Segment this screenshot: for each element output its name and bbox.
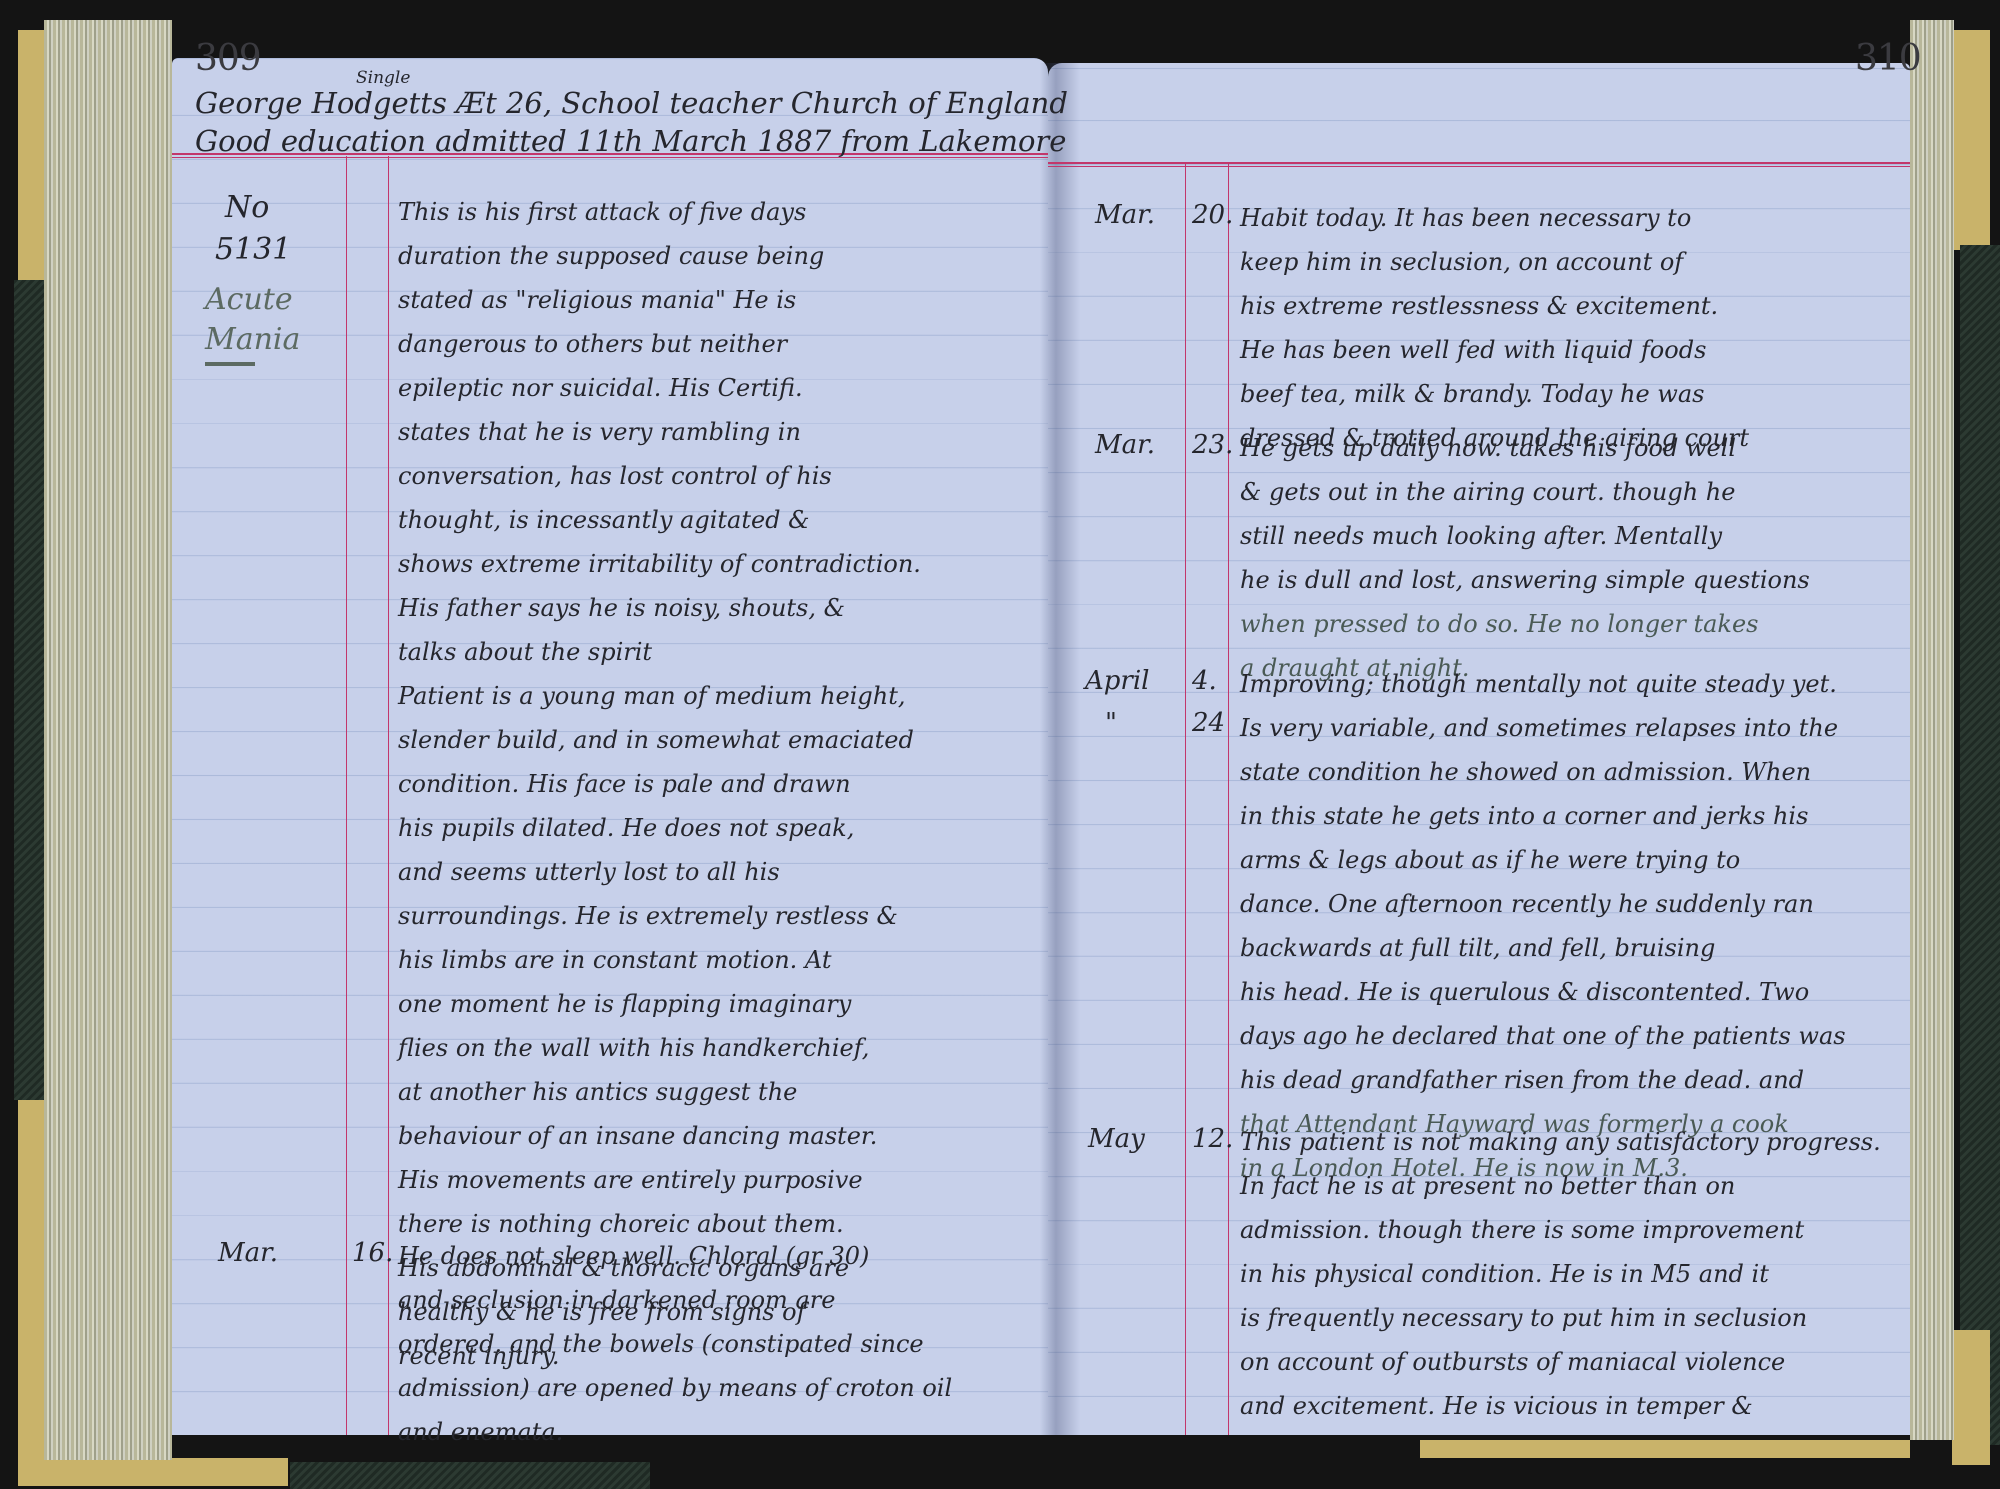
- entry-line: state condition he showed on admission. …: [1240, 750, 1900, 794]
- entry-line: in this state he gets into a corner and …: [1240, 794, 1900, 838]
- progress-entry: He does not sleep well. Chloral (gr 30) …: [398, 1234, 1038, 1454]
- note-line: states that he is very rambling in: [398, 410, 1038, 454]
- entry-line: In fact he is at present no better than …: [1240, 1164, 1900, 1208]
- note-line: slender build, and in somewhat emaciated: [398, 718, 1038, 762]
- note-line: talks about the spirit: [398, 630, 1038, 674]
- entry-line: admission) are opened by means of croton…: [398, 1366, 1038, 1410]
- book-cloth-bottom: [290, 1462, 650, 1489]
- entry-day: 16.: [352, 1238, 393, 1268]
- entry-line: backwards at full tilt, and fell, bruisi…: [1240, 926, 1900, 970]
- entry-day: 20.: [1192, 200, 1233, 230]
- note-line: and seems utterly lost to all his: [398, 850, 1038, 894]
- entry-month: Mar.: [1095, 200, 1155, 230]
- progress-entry: This patient is not making any satisfact…: [1240, 1120, 1900, 1428]
- entry-line: Improving; though mentally not quite ste…: [1240, 662, 1900, 706]
- progress-entry: Is very variable, and sometimes relapses…: [1240, 706, 1900, 1190]
- entry-line: beef tea, milk & brandy. Today he was: [1240, 372, 1900, 416]
- book-cloth-right: [1960, 245, 2000, 1445]
- note-line: duration the supposed cause being: [398, 234, 1038, 278]
- entry-line: arms & legs about as if he were trying t…: [1240, 838, 1900, 882]
- note-line: surroundings. He is extremely restless &: [398, 894, 1038, 938]
- marital-status-annotation: Single: [356, 68, 410, 88]
- entry-line: He gets up daily now. takes his food wel…: [1240, 426, 1900, 470]
- book-cover-right-gilt: [1952, 30, 1990, 250]
- note-line: behaviour of an insane dancing master.: [398, 1114, 1038, 1158]
- entry-line: & gets out in the airing court. though h…: [1240, 470, 1900, 514]
- entry-line: admission. though there is some improvem…: [1240, 1208, 1900, 1252]
- note-line: condition. His face is pale and drawn: [398, 762, 1038, 806]
- entry-month: May: [1088, 1124, 1145, 1154]
- admission-notes: This is his first attack of five days du…: [398, 190, 1038, 1378]
- progress-entry: Habit today. It has been necessary to ke…: [1240, 196, 1900, 460]
- book-cover-bottom-gilt-right: [1420, 1440, 1910, 1458]
- note-line: one moment he is flapping imaginary: [398, 982, 1038, 1026]
- entry-line: his dead grandfather risen from the dead…: [1240, 1058, 1900, 1102]
- entry-line: Is very variable, and sometimes relapses…: [1240, 706, 1900, 750]
- left-page-number: 309: [195, 38, 261, 79]
- book-cover-bottom-gilt: [18, 1458, 288, 1486]
- entry-line: days ago he declared that one of the pat…: [1240, 1014, 1900, 1058]
- book-cloth-left: [14, 280, 44, 1100]
- progress-entry: He gets up daily now. takes his food wel…: [1240, 426, 1900, 690]
- diagnosis-line-2: Mania: [205, 322, 300, 357]
- entry-day: 12.: [1192, 1124, 1233, 1154]
- left-column-rule-1: [346, 156, 347, 1435]
- note-line: flies on the wall with his handkerchief,: [398, 1026, 1038, 1070]
- note-line: his pupils dilated. He does not speak,: [398, 806, 1038, 850]
- right-column-rule-2: [1228, 164, 1229, 1435]
- entry-line: keep him in seclusion, on account of: [1240, 240, 1900, 284]
- entry-line: his extreme restlessness & excitement.: [1240, 284, 1900, 328]
- note-line: shows extreme irritability of contradict…: [398, 542, 1038, 586]
- note-line: thought, is incessantly agitated &: [398, 498, 1038, 542]
- entry-line: his head. He is querulous & discontented…: [1240, 970, 1900, 1014]
- right-column-rule-1: [1185, 164, 1186, 1435]
- note-line: conversation, has lost control of his: [398, 454, 1038, 498]
- patient-header-line-1: George Hodgetts Æt 26, School teacher Ch…: [195, 86, 1068, 120]
- entry-month: Mar.: [1095, 430, 1155, 460]
- entry-line: on account of outbursts of maniacal viol…: [1240, 1340, 1900, 1384]
- entry-line: when pressed to do so. He no longer take…: [1240, 602, 1900, 646]
- page-stack-left: [44, 20, 172, 1460]
- diagnosis-line-1: Acute: [205, 282, 293, 317]
- entry-line: This patient is not making any satisfact…: [1240, 1120, 1900, 1164]
- entry-line: still needs much looking after. Mentally: [1240, 514, 1900, 558]
- note-line: stated as "religious mania" He is: [398, 278, 1038, 322]
- entry-line: dance. One afternoon recently he suddenl…: [1240, 882, 1900, 926]
- entry-line: ordered. and the bowels (constipated sin…: [398, 1322, 1038, 1366]
- entry-month-ditto: ": [1105, 708, 1117, 738]
- entry-day: 23.: [1192, 430, 1233, 460]
- note-line: This is his first attack of five days: [398, 190, 1038, 234]
- entry-line: and excitement. He is vicious in temper …: [1240, 1384, 1900, 1428]
- note-line: Patient is a young man of medium height,: [398, 674, 1038, 718]
- entry-day: 24: [1192, 708, 1225, 738]
- entry-line: he is dull and lost, answering simple qu…: [1240, 558, 1900, 602]
- note-line: dangerous to others but neither: [398, 322, 1038, 366]
- entry-line: is frequently necessary to put him in se…: [1240, 1296, 1900, 1340]
- note-line: His movements are entirely purposive: [398, 1158, 1038, 1202]
- entry-line: in his physical condition. He is in M5 a…: [1240, 1252, 1900, 1296]
- entry-month: April: [1085, 666, 1149, 696]
- note-line: epileptic nor suicidal. His Certifi.: [398, 366, 1038, 410]
- right-page-number: 310: [1855, 38, 1921, 79]
- diagnosis-underline: [205, 362, 255, 366]
- entry-line: and enemata.: [398, 1410, 1038, 1454]
- book-cover-right-gilt-bottom: [1952, 1330, 1990, 1465]
- header-rule-right: [1048, 162, 1910, 167]
- note-line: his limbs are in constant motion. At: [398, 938, 1038, 982]
- note-line: at another his antics suggest the: [398, 1070, 1038, 1114]
- book-gutter: [1040, 63, 1080, 1435]
- entry-line: He has been well fed with liquid foods: [1240, 328, 1900, 372]
- page-stack-right: [1910, 20, 1954, 1440]
- patient-header-line-2: Good education admitted 11th March 1887 …: [195, 124, 1066, 158]
- case-number-label: No: [225, 190, 269, 225]
- entry-day: 4.: [1192, 666, 1217, 696]
- entry-month: Mar.: [218, 1238, 278, 1268]
- entry-line: and seclusion in darkened room are: [398, 1278, 1038, 1322]
- entry-line: Habit today. It has been necessary to: [1240, 196, 1900, 240]
- note-line: His father says he is noisy, shouts, &: [398, 586, 1038, 630]
- progress-entry: Improving; though mentally not quite ste…: [1240, 662, 1900, 706]
- entry-line: He does not sleep well. Chloral (gr 30): [398, 1234, 1038, 1278]
- case-number: 5131: [215, 232, 291, 267]
